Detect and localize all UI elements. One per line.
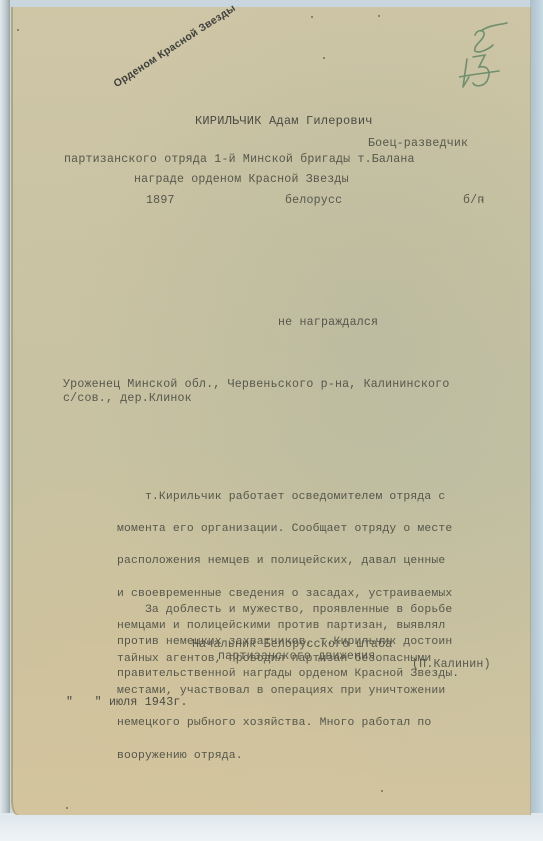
signatory-title-line-2: партизанского движения: [218, 651, 375, 663]
description-line: вооружению отряда.: [117, 751, 452, 762]
description-line: расположения немцев и полицейских, давал…: [117, 556, 452, 567]
scan-background-right: [530, 0, 543, 841]
address-line-1: Уроженец Минской обл., Червеньского р-на…: [63, 379, 450, 391]
signatory-name: (П.Калинин): [412, 659, 491, 671]
recipient-name: КИРИЛЬЧИК Адам Гилерович: [195, 115, 373, 127]
description-line: т.Кирильчик работает осведомителем отряд…: [117, 492, 452, 503]
recipient-position: Боец-разведчик: [368, 138, 468, 150]
paper-speck: [323, 57, 325, 59]
party-membership: б/п: [463, 195, 484, 207]
conclusion-paragraph: За доблесть и мужество, проявленные в бо…: [117, 583, 459, 691]
scan-background-left: [0, 0, 10, 841]
award-title: награде орденом Красной Звезды: [134, 174, 349, 186]
previous-awards: не награждался: [278, 317, 378, 329]
nationality: белорусс: [285, 195, 342, 207]
recipient-unit: партизанского отряда 1-й Минской бригады…: [64, 154, 415, 166]
paper-speck: [378, 15, 380, 17]
paper-speck: [66, 807, 68, 809]
paper-speck: [17, 29, 19, 31]
scan-background-bottom: [0, 813, 543, 841]
address-line-2: с/сов., дер.Клинок: [63, 393, 192, 405]
document-date: " " июля 1943г.: [66, 697, 188, 709]
birth-year: 1897: [146, 195, 175, 207]
conclusion-line: За доблесть и мужество, проявленные в бо…: [117, 605, 459, 616]
description-line: немецкого рыбного хозяйства. Много работ…: [117, 718, 452, 729]
pencil-page-number-icon: [459, 21, 519, 91]
paper-speck: [381, 790, 383, 792]
paper-speck: [311, 16, 313, 18]
description-line: момента его организации. Сообщает отряду…: [117, 524, 452, 535]
conclusion-line: правительственной награды орденом Красно…: [117, 669, 459, 680]
